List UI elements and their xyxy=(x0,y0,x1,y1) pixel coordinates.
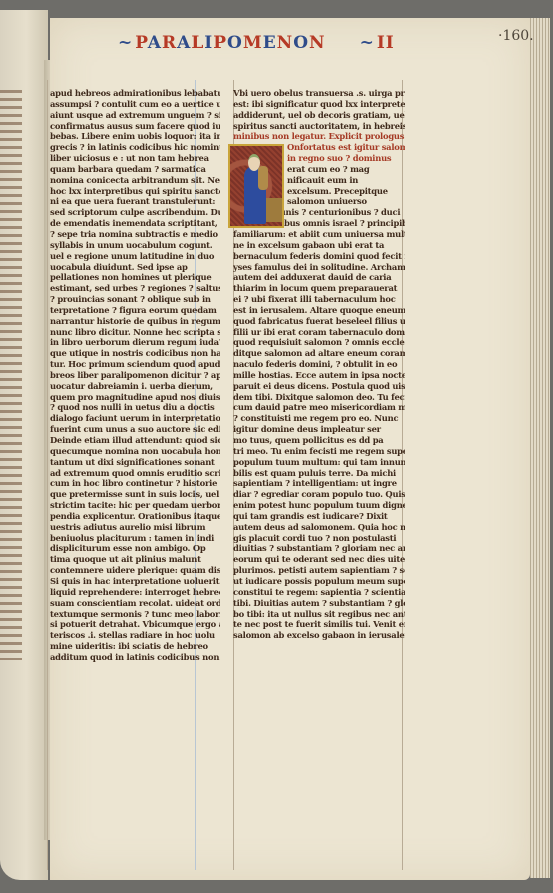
text-line: nomina conicecta arbitrandum sit. Nec xyxy=(50,175,220,186)
text-line: strictim tacite: hic per quedam uerborum… xyxy=(50,500,220,511)
ruling-line xyxy=(47,80,48,870)
text-line: yses famulus dei in solitudine. Archam xyxy=(233,262,405,273)
text-line: ditque salomon ad altare eneum coram tab xyxy=(233,348,405,359)
text-line: pellationes non homines ut plerique xyxy=(50,272,220,283)
text-line: aiunt usque ad extremum unguem ? sic xyxy=(50,110,220,121)
running-header: ~ PARALIPOMENON ~ II xyxy=(118,33,395,55)
text-line: mille hostias. Ecce autem in ipsa nocte … xyxy=(233,370,405,381)
text-line: eorum qui te oderant sed nec dies uite xyxy=(233,554,405,565)
text-line: qui tam grandis est iudicare? Dixit xyxy=(233,511,405,522)
text-line: quod fabricatus fuerat beseleel filius u… xyxy=(233,316,405,327)
folio-number: ·160. xyxy=(498,28,534,44)
text-line: populum tuum multum: qui tam innumera xyxy=(233,457,405,468)
text-line: mo tuus, quem pollicitus es dd pa xyxy=(233,435,405,446)
text-line: diar ? egrediar coram populo tuo. Quis xyxy=(233,489,405,500)
text-line: minibus non legatur. Explicit prologus. xyxy=(233,131,405,142)
text-line: ni ea que uera fuerant transtulerunt: xyxy=(50,196,220,207)
text-line: tri meo. Tu enim fecisti me regem super xyxy=(233,446,405,457)
text-line: te nec post te fuerit similis tui. Venit… xyxy=(233,619,405,630)
text-line: thiarim in locum quem preparauerat xyxy=(233,283,405,294)
header-letter: P xyxy=(135,33,148,53)
page-block-edges xyxy=(530,18,550,878)
text-line: syllabis in unum uocabulum cogunt. xyxy=(50,240,220,251)
text-line: ei ? ubi fixerat illi tabernaculum hoc xyxy=(233,294,405,305)
text-line: ? sepe tria nomina subtractis e medio xyxy=(50,229,220,240)
text-line: uocatur dabreiamin i. uerba dierum, xyxy=(50,381,220,392)
text-line: bernaculum federis domini quod fecit mo xyxy=(233,251,405,262)
text-line: plurimos. petisti autem sapientiam ? sci… xyxy=(233,565,405,576)
text-line: teriscos .i. stellas radiare in hoc uolu xyxy=(50,630,220,641)
text-line: suam conscientiam recolat. uideat ordine… xyxy=(50,598,220,609)
header-letter: O xyxy=(227,33,243,53)
left-text-column: apud hebreos admirationibus lebabatur:as… xyxy=(50,88,220,668)
text-line: constitui te regem: sapientia ? scientia… xyxy=(233,587,405,598)
text-line: apud hebreos admirationibus lebabatur: xyxy=(50,88,220,99)
text-line: displiciturum esse non ambigo. Op xyxy=(50,543,220,554)
header-letter: L xyxy=(191,33,204,53)
text-line: confirmatus ausus sum facere quod iu xyxy=(50,121,220,132)
text-line: textumque sermonis ? tunc meo labori xyxy=(50,609,220,620)
text-line: uestris adiutus aurelio misi librum xyxy=(50,522,220,533)
text-line: liquid reprehendere: interroget hebreos. xyxy=(50,587,220,598)
header-letter: I xyxy=(204,33,213,53)
text-line: tibi. Diuitias autem ? substantiam ? glo… xyxy=(233,598,405,609)
text-line: liber uiciosus e : ut non tam hebrea xyxy=(50,153,220,164)
text-line: si potuerit detrahat. Vbicumque ergo as xyxy=(50,619,220,630)
text-line: que utique in nostris codicibus non habe… xyxy=(50,348,220,359)
text-line: breos liber paralipomenon dicitur ? apud… xyxy=(50,370,220,381)
text-line: bebas. Libere enim uobis loquor: ita in xyxy=(50,131,220,142)
text-line: diuitias ? substantiam ? gloriam nec ani… xyxy=(233,543,405,554)
text-line: dem tibi. Dixitque salomon deo. Tu fecis… xyxy=(233,392,405,403)
text-line: uel e regione unum latitudine in duo xyxy=(50,251,220,262)
text-line: dialogo faciunt uerum in interpretatione xyxy=(50,413,220,424)
header-letter: E xyxy=(263,33,277,53)
figure-arm xyxy=(258,166,268,190)
text-line: est: ibi significatur quod lxx interpret… xyxy=(233,99,405,110)
header-letter: A xyxy=(177,33,191,53)
text-line: enim potest hunc populum tuum digne xyxy=(233,500,405,511)
text-line: Deinde etiam illud attendunt: quod sic xyxy=(50,435,220,446)
text-line: spiritus sancti auctoritatem, in hebreis… xyxy=(233,121,405,132)
text-line: quod requisiuit salomon ? omnis ecclesia… xyxy=(233,337,405,348)
text-line: ? prouincias sonant ? oblique sub in xyxy=(50,294,220,305)
text-line: nunc libro dicitur. Nonne hec scripta su… xyxy=(50,327,220,338)
text-line: uocabula diuidunt. Sed ipse ap xyxy=(50,262,220,273)
text-line: paruit ei deus dicens. Postula quod uis … xyxy=(233,381,405,392)
text-line: tima quoque ut ait plinius malunt xyxy=(50,554,220,565)
text-line: ? constituisti me regem pro eo. Nunc xyxy=(233,413,405,424)
text-line: quecumque nomina non uocabula hominum su… xyxy=(50,446,220,457)
illuminated-initial xyxy=(228,144,284,228)
header-letter: A xyxy=(148,33,162,53)
text-line: ut iudicare possis populum meum super qu… xyxy=(233,576,405,587)
text-line: assumpsi ? contulit cum eo a uertice ut xyxy=(50,99,220,110)
text-line: mine uideritis: ibi sciatis de hebreo xyxy=(50,641,220,652)
text-line: beniuolus placiturum : tamen in indi xyxy=(50,533,220,544)
text-line: in libro uerborum dierum regum iuda? xyxy=(50,337,220,348)
text-line: quem pro magnitudine apud nos diuisimus xyxy=(50,392,220,403)
book-number: II xyxy=(377,33,395,53)
header-letter: P xyxy=(213,33,227,53)
text-line: cum in hoc libro continetur ? historie xyxy=(50,478,220,489)
text-line: familiarum: et abiit cum uniuersa multit… xyxy=(233,229,405,240)
chest-object xyxy=(266,198,282,222)
text-line: sapientiam ? intelligentiam: ut ingre xyxy=(233,478,405,489)
text-line: est in ierusalem. Altare quoque eneum xyxy=(233,305,405,316)
text-line: terpretatione ? figura eorum quedam xyxy=(50,305,220,316)
header-letter: N xyxy=(277,33,294,53)
text-line: additum quod in latinis codicibus non ha… xyxy=(50,652,220,663)
text-line: salomon ab excelso gabaon in ierusalem c… xyxy=(233,630,405,641)
text-line: Vbi uero obelus transuersa .s. uirga pre… xyxy=(233,88,405,99)
text-line: que pretermisse sunt in suis locis, uel … xyxy=(50,489,220,500)
text-line: narrantur historie de quibus in regum xyxy=(50,316,220,327)
left-page-text-edge xyxy=(0,90,22,660)
facing-left-page xyxy=(0,10,48,880)
text-line: pendia explicentur. Orationibus itaque xyxy=(50,511,220,522)
text-line: tantum ut dixi significationes sonant xyxy=(50,457,220,468)
text-line: grecis ? in latinis codicibus hic nominu… xyxy=(50,142,220,153)
header-flourish-icon: ~ xyxy=(118,33,133,53)
header-title: PARALIPOMENON xyxy=(135,33,325,53)
text-line: autem dei adduxerat dauid de caria xyxy=(233,272,405,283)
header-flourish-icon: ~ xyxy=(360,33,375,53)
header-letter: O xyxy=(293,33,309,53)
text-line: gis placuit cordi tuo ? non postulasti xyxy=(233,533,405,544)
text-line: hoc lxx interpretibus qui spiritu sancto… xyxy=(50,186,220,197)
text-line: quam barbara quedam ? sarmatica xyxy=(50,164,220,175)
text-line: tur. Hoc primum sciendum quod apud he xyxy=(50,359,220,370)
text-line: fuerint cum unus a suo auctore sic edite… xyxy=(50,424,220,435)
text-line: filii ur ibi erat coram tabernaculo domi… xyxy=(233,327,405,338)
text-line: ne in excelsum gabaon ubi erat ta xyxy=(233,240,405,251)
text-line: Si quis in hac interpretatione uoluerit … xyxy=(50,576,220,587)
text-line: contemnere uidere plerique: quam discere… xyxy=(50,565,220,576)
text-line: addiderunt, uel ob decoris gratiam, uel … xyxy=(233,110,405,121)
text-line: de emendatis inemendata scriptitant, xyxy=(50,218,220,229)
text-line: autem deus ad salomonem. Quia hoc ma xyxy=(233,522,405,533)
text-line: naculo federis domini, ? obtulit in eo xyxy=(233,359,405,370)
text-line: bilis est quam puluis terre. Da michi xyxy=(233,468,405,479)
text-line: igitur domine deus impleatur ser xyxy=(233,424,405,435)
text-line: bo tibi: ita ut nullus sit regibus nec a… xyxy=(233,609,405,620)
text-line: ? quod nos nulli in uetus diu a doctis xyxy=(50,402,220,413)
header-letter: N xyxy=(309,33,326,53)
text-line: estimant, sed urbes ? regiones ? saltus xyxy=(50,283,220,294)
text-line: sed scriptorum culpe ascribendum. Dum xyxy=(50,207,220,218)
header-letter: R xyxy=(162,33,177,53)
header-letter: M xyxy=(243,33,263,53)
text-line: cum dauid patre meo misericordiam magnam… xyxy=(233,402,405,413)
text-line: ad extremum quod omnis eruditio scriptur… xyxy=(50,468,220,479)
